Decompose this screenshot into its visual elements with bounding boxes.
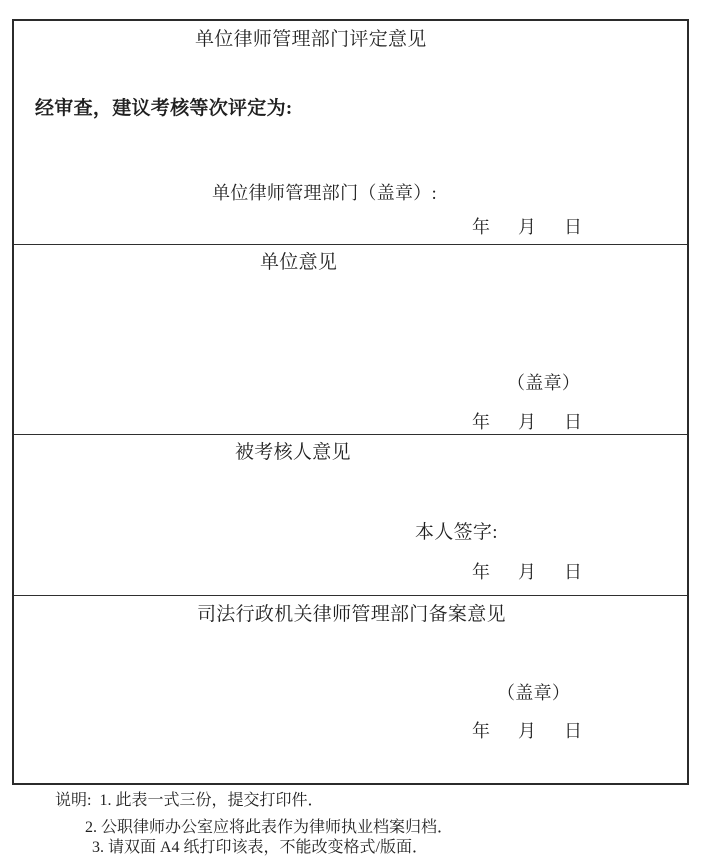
note-line-1: 说明:1. 此表一式三份，提交打印件．: [55, 791, 323, 811]
note-item-2: 2. 公职律师办公室应将此表作为律师执业档案归档．: [85, 819, 453, 836]
section2-title: 单位意见: [260, 253, 337, 273]
day-label: 日: [564, 722, 582, 741]
note-item-3: 3. 请双面 A4 纸打印该表，不能改变格式/版面．: [92, 839, 428, 856]
section1-dept-seal-label: 单位律师管理部门（盖章）:: [212, 183, 437, 203]
year-label: 年: [472, 722, 490, 741]
year-label: 年: [472, 218, 490, 237]
month-label: 月: [518, 218, 536, 237]
section3-date-line: 年 月 日: [472, 563, 582, 582]
assessment-form-document: 单位律师管理部门评定意见 经审查，建议考核等次评定为: 单位律师管理部门（盖章）…: [0, 0, 701, 865]
year-label: 年: [472, 563, 490, 582]
section-assessee-opinion: 被考核人意见 本人签字: 年 月 日: [14, 435, 687, 596]
day-label: 日: [564, 563, 582, 582]
section-unit-lawyer-dept-evaluation: 单位律师管理部门评定意见 经审查，建议考核等次评定为: 单位律师管理部门（盖章）…: [14, 21, 687, 245]
day-label: 日: [564, 218, 582, 237]
section-unit-opinion: 单位意见 （盖章） 年 月 日: [14, 245, 687, 435]
assessment-form-table: 单位律师管理部门评定意见 经审查，建议考核等次评定为: 单位律师管理部门（盖章）…: [12, 19, 689, 785]
section1-assessment-statement: 经审查，建议考核等次评定为:: [35, 99, 293, 119]
note-line-3: 3. 请双面 A4 纸打印该表，不能改变格式/版面．: [92, 838, 428, 858]
section1-title: 单位律师管理部门评定意见: [195, 30, 427, 50]
section4-date-line: 年 月 日: [472, 722, 582, 741]
section2-date-line: 年 月 日: [472, 413, 582, 432]
year-label: 年: [472, 413, 490, 432]
section3-signature-label: 本人签字:: [415, 523, 498, 543]
note-item-1: 1. 此表一式三份，提交打印件．: [99, 792, 323, 809]
day-label: 日: [564, 413, 582, 432]
section-judicial-admin-filing-opinion: 司法行政机关律师管理部门备案意见 （盖章） 年 月 日: [14, 596, 687, 783]
section4-seal-label: （盖章）: [497, 683, 570, 703]
month-label: 月: [518, 722, 536, 741]
section3-title: 被考核人意见: [235, 443, 351, 463]
section1-date-line: 年 月 日: [472, 218, 582, 237]
month-label: 月: [518, 563, 536, 582]
note-line-2: 2. 公职律师办公室应将此表作为律师执业档案归档．: [85, 818, 453, 838]
month-label: 月: [518, 413, 536, 432]
notes-label: 说明:: [55, 792, 91, 809]
section2-seal-label: （盖章）: [507, 373, 580, 393]
section4-title: 司法行政机关律师管理部门备案意见: [197, 605, 506, 625]
